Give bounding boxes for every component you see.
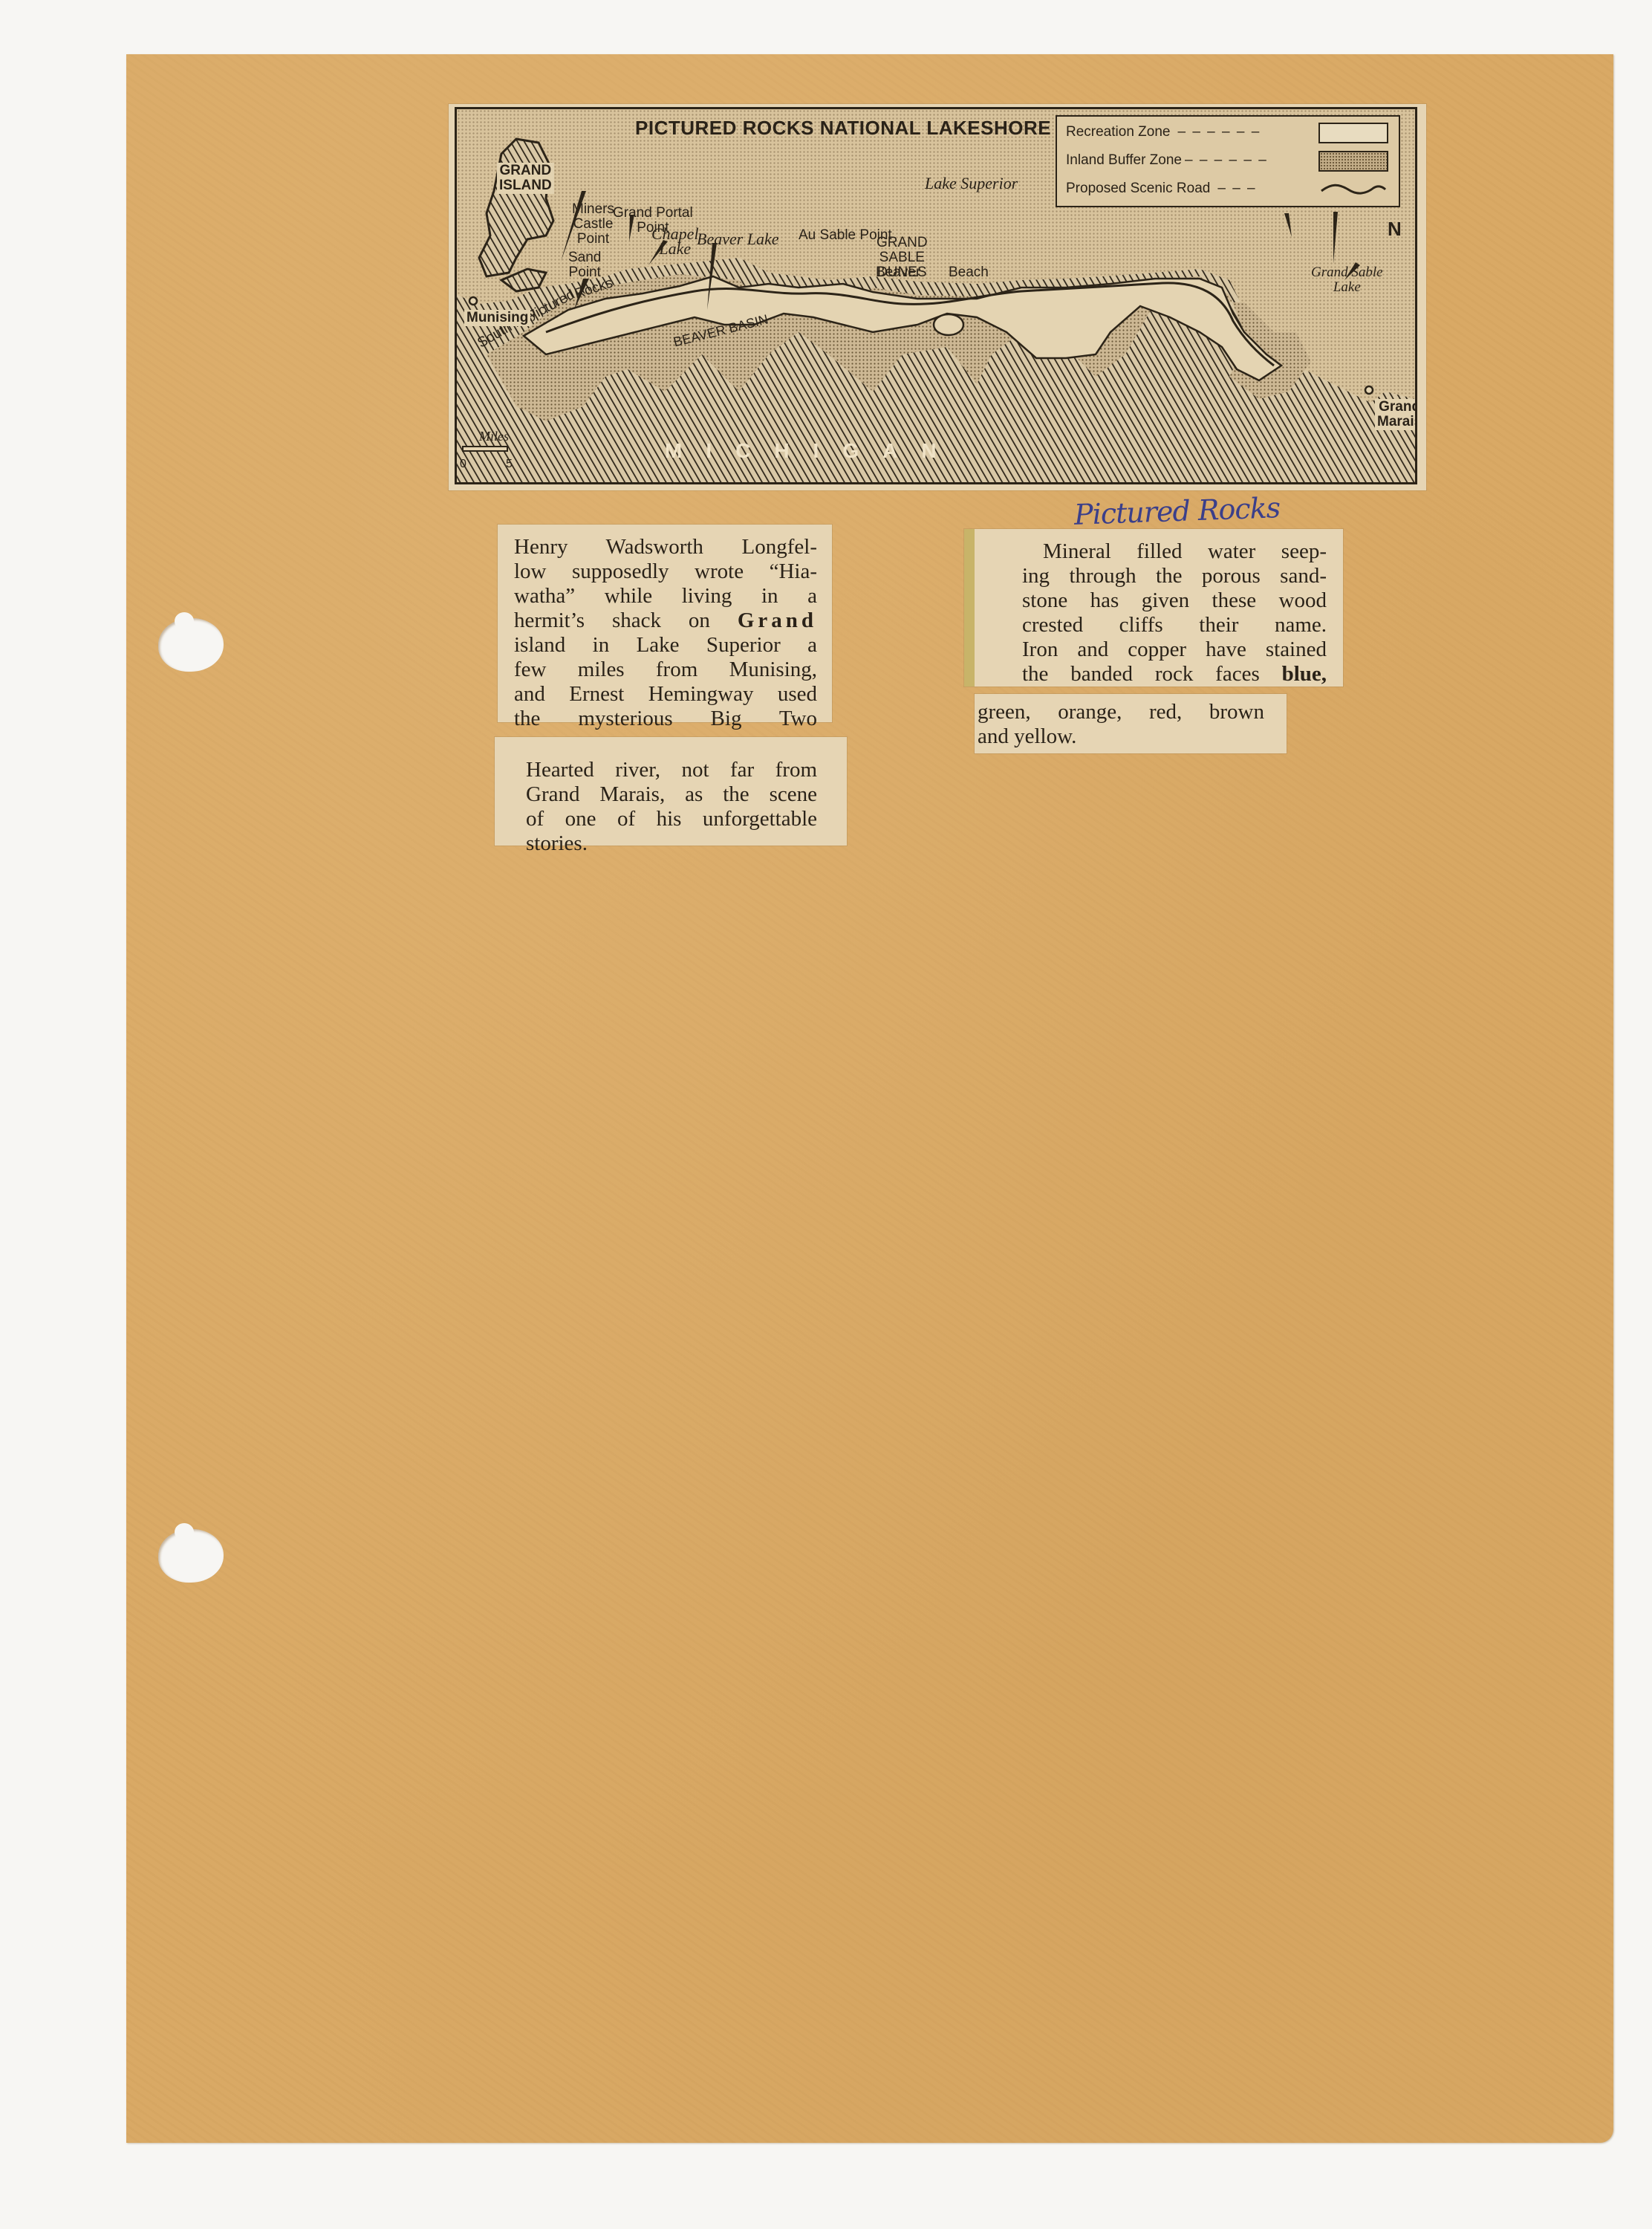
scale-label: Miles xyxy=(479,429,509,444)
label-chapel-lake: ChapelLake xyxy=(651,227,699,256)
dash-leader: – – – – – – xyxy=(1177,124,1261,140)
clipping-colors: green, orange, red, brown and yellow. xyxy=(975,694,1287,753)
label-grand-sable-lake: Grand SableLake xyxy=(1311,265,1383,295)
binder-hole-bottom xyxy=(158,1529,224,1583)
clipping-mineral-water: Mineral filled water seep- ing through t… xyxy=(964,529,1343,687)
label-grand-sable-dunes: GRANDSABLEDUNES xyxy=(877,236,928,280)
north-arrow-icon: N xyxy=(1385,221,1404,237)
legend-item-recreation-zone: Recreation Zone – – – – – – xyxy=(1066,121,1261,143)
inland-buffer-zone-swatch xyxy=(1318,151,1388,172)
bold-word-blue: blue, xyxy=(1282,662,1327,686)
dash-leader: – – – xyxy=(1217,181,1256,197)
scale-end: 5 xyxy=(506,457,513,472)
label-miners-castle-point: MinersCastlePoint xyxy=(572,202,614,247)
dash-leader: – – – – – – xyxy=(1185,152,1268,169)
map-clipping: PICTURED ROCKS NATIONAL LAKESHORE Recrea… xyxy=(449,104,1426,490)
map: PICTURED ROCKS NATIONAL LAKESHORE Recrea… xyxy=(455,107,1417,484)
label-michigan: MICHIGAN xyxy=(665,444,960,458)
legend-item-inland-buffer-zone: Inland Buffer Zone – – – – – – xyxy=(1066,149,1268,172)
clipping-longfellow: Henry Wadsworth Longfel- low supposedly … xyxy=(498,525,832,722)
label-lake-superior: Lake Superior xyxy=(925,176,1018,191)
label-beaver-lake: Beaver Lake xyxy=(697,232,779,247)
binder-hole-top xyxy=(158,618,224,672)
label-munising: Munising xyxy=(464,310,530,326)
label-grand-island: GRANDISLAND xyxy=(497,163,554,194)
legend-item-proposed-scenic-road: Proposed Scenic Road – – – xyxy=(1066,178,1257,200)
spaced-word-grand: Grand xyxy=(738,609,817,632)
map-title: PICTURED ROCKS NATIONAL LAKESHORE xyxy=(635,117,1051,140)
clipping-hemingway: Hearted river, not far from Grand Marais… xyxy=(495,737,847,846)
label-sand-point: SandPoint xyxy=(568,250,601,280)
label-grand-marais: GrandMarais xyxy=(1375,399,1417,430)
recreation-zone-swatch xyxy=(1318,123,1388,143)
scale-start: 0 xyxy=(460,457,466,472)
scenic-road-symbol xyxy=(1320,182,1387,197)
map-legend: Recreation Zone – – – – – – Inland Buffe… xyxy=(1056,115,1400,207)
label-beach: Beach xyxy=(949,265,989,280)
